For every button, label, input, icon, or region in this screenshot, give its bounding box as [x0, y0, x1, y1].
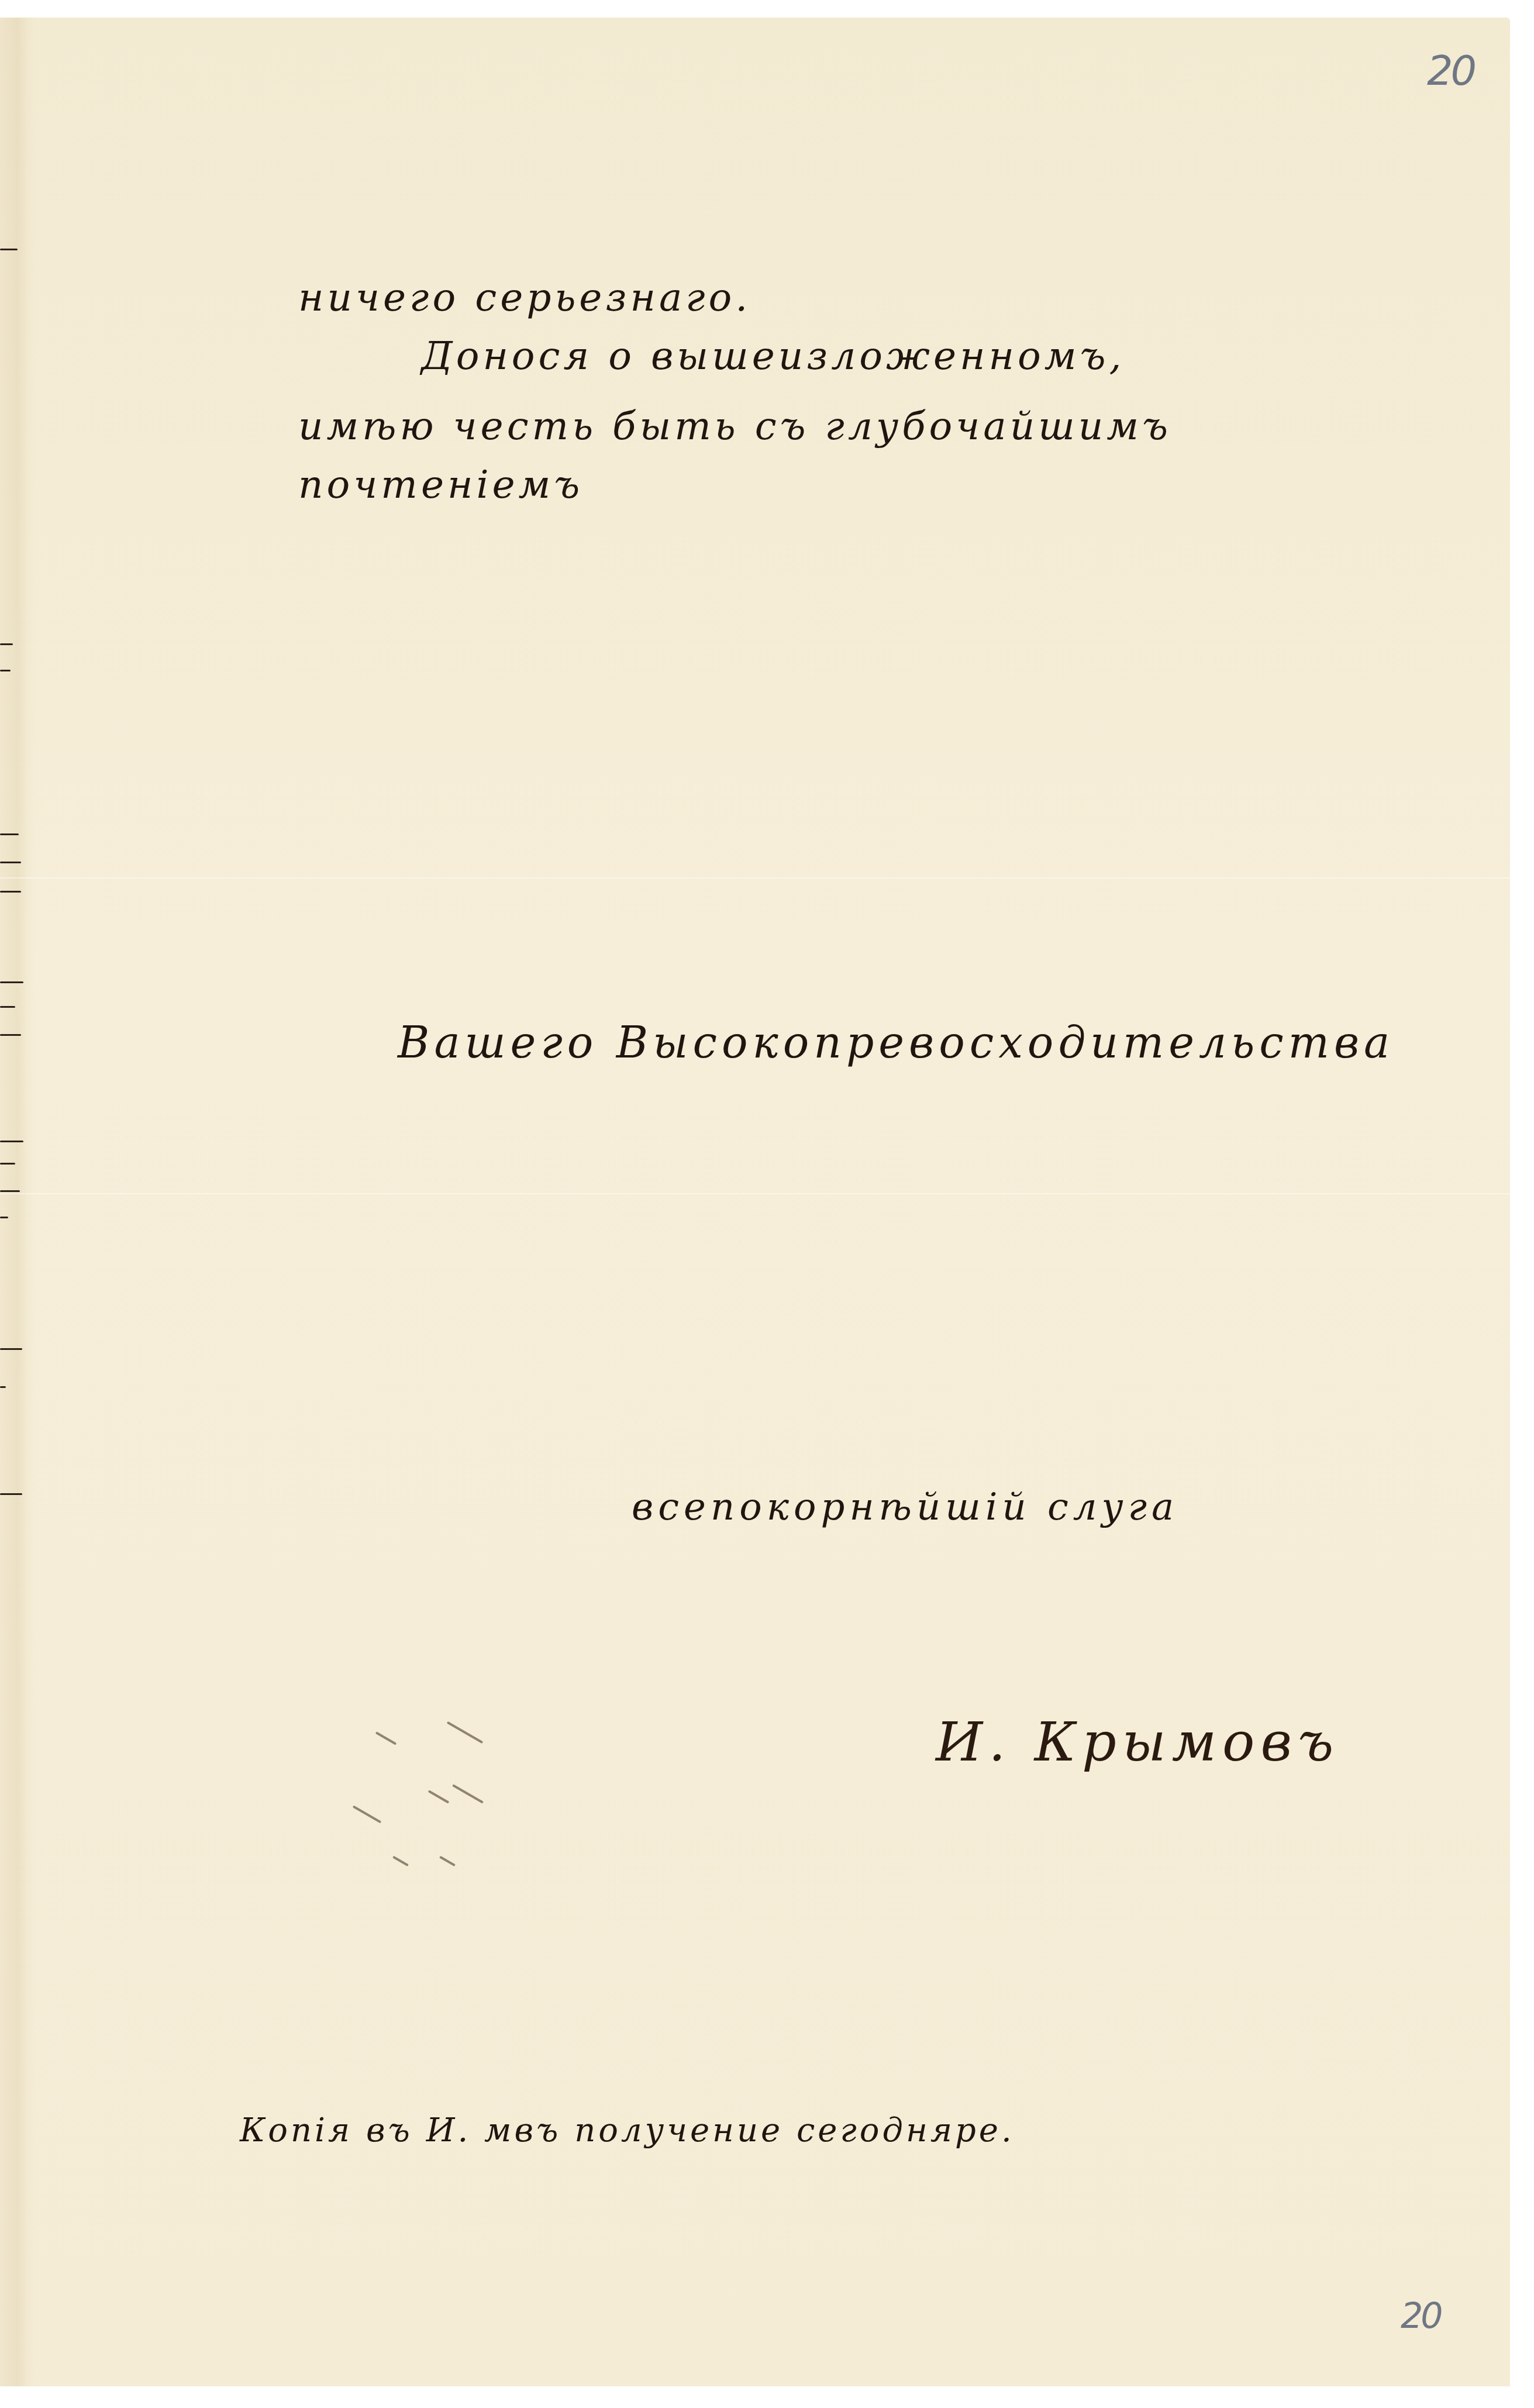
- margin-mark: [0, 643, 13, 645]
- margin-mark: [0, 1034, 21, 1036]
- margin-mark: [0, 1190, 20, 1192]
- margin-mark: [0, 891, 21, 893]
- margin-mark: [0, 981, 23, 983]
- ink-bleed-mark: [392, 1856, 409, 1866]
- margin-mark: [0, 833, 19, 835]
- ink-bleed-mark: [428, 1790, 450, 1803]
- folio-number-top: 20: [1427, 47, 1474, 95]
- margin-mark: [0, 1141, 23, 1142]
- fold-crease: [0, 877, 1510, 879]
- ink-bleed-mark: [447, 1721, 484, 1744]
- margin-mark: [0, 1348, 22, 1350]
- margin-mark: [0, 1493, 22, 1495]
- body-line-3: имѣю честь быть съ глубочайшимъ: [298, 404, 1171, 449]
- signature: И. Крымовъ: [936, 1711, 1339, 1773]
- salutation-line: Вашего Высокопревосходительства: [398, 1018, 1394, 1068]
- body-line-4: почтенiемъ: [298, 462, 583, 507]
- margin-mark: [0, 249, 18, 250]
- copy-note: Копiя въ И. мвъ получение сегодняре.: [240, 2111, 1015, 2149]
- margin-mark: [0, 1006, 15, 1008]
- ink-bleed-mark: [375, 1731, 397, 1745]
- margin-mark: [0, 1386, 6, 1388]
- margin-mark: [0, 670, 11, 671]
- fold-crease: [0, 1193, 1510, 1194]
- ink-bleed-mark: [439, 1856, 456, 1866]
- servant-line: всепокорнѣйшiй слуга: [632, 1486, 1178, 1529]
- margin-mark: [0, 862, 21, 863]
- body-line-2: Донося о вышеизложенномъ,: [421, 333, 1125, 378]
- ink-bleed-mark: [452, 1784, 484, 1803]
- margin-mark: [0, 1217, 8, 1218]
- ink-bleed-mark: [353, 1806, 382, 1824]
- body-line-1: ничего серьезнаго.: [298, 275, 751, 320]
- folio-number-bottom: 20: [1401, 2296, 1440, 2337]
- margin-mark: [0, 1163, 15, 1165]
